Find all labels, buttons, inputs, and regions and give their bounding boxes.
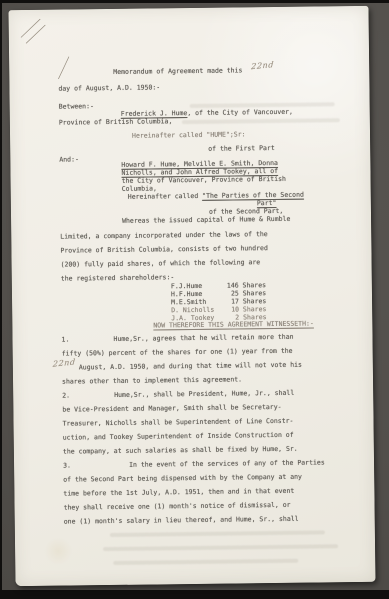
typed-line: be Vice-President and Manager, Smith sha… xyxy=(62,404,281,414)
typed-line: (200) fully paid shares, of which the fo… xyxy=(61,259,261,269)
typed-line: Hereinafter called "The Parties of the S… xyxy=(128,192,304,202)
pencil-tick-mark-icon xyxy=(58,56,70,79)
clause-number: 3. xyxy=(63,462,71,470)
paper: 22nd 22nd Memorandum of Agreement made t… xyxy=(8,6,375,586)
bleedthrough-text xyxy=(113,559,298,565)
typed-line: shares other than to implement this agre… xyxy=(62,376,242,386)
typed-line: day of August, A.D. 1950:- xyxy=(58,84,160,93)
typed-line: fifty (50%) percent of the shares for on… xyxy=(62,348,293,359)
typed-line: Hume,Sr., agrees that he will retain mor… xyxy=(113,334,293,344)
typed-line: Province of British Columbia, consists o… xyxy=(60,245,268,255)
bleedthrough-text xyxy=(110,530,325,537)
typed-line: one (1) month's salary in lieu thereof, … xyxy=(64,516,299,527)
bleedthrough-text xyxy=(103,544,338,551)
typed-line: Between:- xyxy=(59,103,94,111)
typed-line: the registered shareholders:- xyxy=(61,274,175,283)
typed-line: of the Second Part being dispensed with … xyxy=(63,474,302,485)
typed-line: NOW THEREFORE THIS AGREEMENT WITNESSETH:… xyxy=(153,321,314,331)
handwritten-date-top: 22nd xyxy=(251,60,274,71)
typed-line: Hereinafter called "HUME";Sr: xyxy=(132,131,246,140)
pencil-check-mark-icon xyxy=(20,19,40,38)
typed-line: Treasurer, Nicholls shall be Superintend… xyxy=(63,418,294,429)
typed-line: And:- xyxy=(59,156,79,164)
typed-line: the company, at such salaries as shall b… xyxy=(63,446,298,457)
typed-line: Hume,Sr., shall be President, Hume, Jr.,… xyxy=(114,390,294,400)
handwritten-date-body: 22nd xyxy=(53,357,76,368)
pencil-check-mark-icon xyxy=(26,24,46,43)
typed-line: Limited, a company incorporated under th… xyxy=(60,231,268,241)
typed-line: Memorandum of Agreement made this xyxy=(113,67,242,76)
typed-line: Province of British Columbia, xyxy=(59,118,173,127)
photo-background: { "meta": { "description": "Photograph o… xyxy=(0,0,389,599)
typed-line: they shall receive one (1) month's notic… xyxy=(64,502,291,513)
clause-number: 1. xyxy=(61,337,69,345)
typed-line: uction, and Tookey Superintendent of Ins… xyxy=(63,432,294,443)
typed-line: of the First Part xyxy=(208,145,275,154)
bleedthrough-text xyxy=(182,118,340,124)
clause-number: 2. xyxy=(62,392,70,400)
typed-line: In the event of the services of any of t… xyxy=(129,459,325,469)
typed-line: Whereas the issued capital of Hume & Rum… xyxy=(122,216,290,226)
typed-line: August, A.D. 1950, and during that time … xyxy=(79,362,302,373)
typed-line: time before the 1st July, A.D. 1951, the… xyxy=(63,488,294,499)
